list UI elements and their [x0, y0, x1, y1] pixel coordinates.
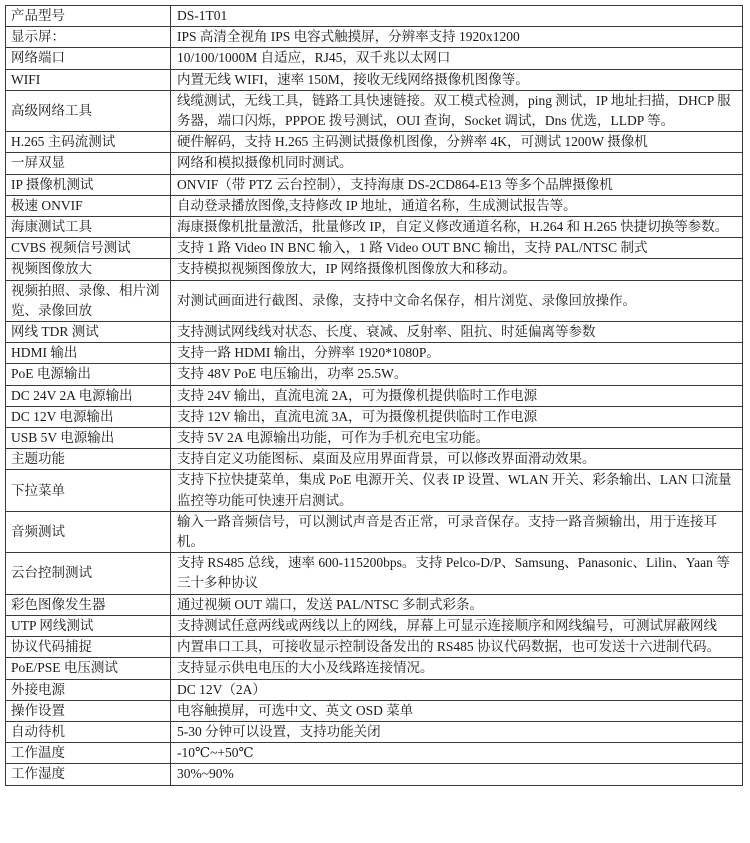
spec-label-cell: 自动待机: [6, 721, 171, 742]
spec-label-cell: 云台控制测试: [6, 553, 171, 594]
spec-value-cell: 支持 24V 输出，直流电流 2A，可为摄像机提供临时工作电源: [171, 385, 743, 406]
spec-label-cell: 一屏双显: [6, 153, 171, 174]
spec-value-cell: 线缆测试，无线工具，链路工具快速链接。双工模式检测，ping 测试，IP 地址扫…: [171, 90, 743, 131]
spec-label-cell: 操作设置: [6, 700, 171, 721]
spec-row: PoE/PSE 电压测试支持显示供电电压的大小及线路连接情况。: [6, 658, 743, 679]
spec-value-cell: 支持下拉快捷菜单，集成 PoE 电源开关、仪表 IP 设置、WLAN 开关、彩条…: [171, 470, 743, 511]
spec-row: 下拉菜单支持下拉快捷菜单，集成 PoE 电源开关、仪表 IP 设置、WLAN 开…: [6, 470, 743, 511]
spec-value-cell: 支持 1 路 Video IN BNC 输入，1 路 Video OUT BNC…: [171, 238, 743, 259]
spec-value-cell: 10/100/1000M 自适应，RJ45，双千兆以太网口: [171, 48, 743, 69]
spec-value-cell: 输入一路音频信号，可以测试声音是否正常，可录音保存。支持一路音频输出，用于连接耳…: [171, 511, 743, 552]
spec-row: 视频图像放大支持模拟视频图像放大，IP 网络摄像机图像放大和移动。: [6, 259, 743, 280]
spec-value-cell: 支持测试任意两线或两线以上的网线，屏幕上可显示连接顺序和网线编号，可测试屏蔽网线: [171, 615, 743, 636]
spec-value-cell: 网络和模拟摄像机同时测试。: [171, 153, 743, 174]
spec-value-cell: ONVIF（带 PTZ 云台控制），支持海康 DS-2CD864-E13 等多个…: [171, 174, 743, 195]
spec-value-cell: 支持 12V 输出，直流电流 3A，可为摄像机提供临时工作电源: [171, 406, 743, 427]
spec-label-cell: 网线 TDR 测试: [6, 322, 171, 343]
spec-value-cell: 30%~90%: [171, 764, 743, 785]
spec-label-cell: 音频测试: [6, 511, 171, 552]
spec-label-cell: HDMI 输出: [6, 343, 171, 364]
spec-label-cell: 工作湿度: [6, 764, 171, 785]
spec-value-cell: 支持自定义功能图标、桌面及应用界面背景，可以修改界面滑动效果。: [171, 449, 743, 470]
spec-value-cell: 支持一路 HDMI 输出，分辨率 1920*1080P。: [171, 343, 743, 364]
spec-row: H.265 主码流测试硬件解码，支持 H.265 主码测试摄像机图像，分辨率 4…: [6, 132, 743, 153]
spec-label-cell: 显示屏：: [6, 27, 171, 48]
spec-row: 极速 ONVIF自动登录播放图像,支持修改 IP 地址，通道名称，生成测试报告等…: [6, 195, 743, 216]
spec-row: HDMI 输出支持一路 HDMI 输出，分辨率 1920*1080P。: [6, 343, 743, 364]
spec-label-cell: 主题功能: [6, 449, 171, 470]
spec-row: WIFI内置无线 WIFI，速率 150M，接收无线网络摄像机图像等。: [6, 69, 743, 90]
spec-label-cell: 工作温度: [6, 743, 171, 764]
spec-label-cell: 产品型号: [6, 6, 171, 27]
spec-label-cell: 网络端口: [6, 48, 171, 69]
spec-row: 主题功能支持自定义功能图标、桌面及应用界面背景，可以修改界面滑动效果。: [6, 449, 743, 470]
spec-value-cell: 内置串口工具，可接收显示控制设备发出的 RS485 协议代码数据，也可发送十六进…: [171, 637, 743, 658]
spec-row: 显示屏：IPS 高清全视角 IPS 电容式触摸屏，分辨率支持 1920x1200: [6, 27, 743, 48]
spec-row: 音频测试输入一路音频信号，可以测试声音是否正常，可录音保存。支持一路音频输出，用…: [6, 511, 743, 552]
spec-value-cell: 海康摄像机批量激活，批量修改 IP，自定义修改通道名称，H.264 和 H.26…: [171, 217, 743, 238]
spec-row: USB 5V 电源输出支持 5V 2A 电源输出功能，可作为手机充电宝功能。: [6, 428, 743, 449]
spec-value-cell: 5-30 分钟可以设置，支持功能关闭: [171, 721, 743, 742]
spec-row: 产品型号DS-1T01: [6, 6, 743, 27]
spec-label-cell: CVBS 视频信号测试: [6, 238, 171, 259]
spec-row: 网络端口10/100/1000M 自适应，RJ45，双千兆以太网口: [6, 48, 743, 69]
spec-row: 视频拍照、录像、相片浏览、录像回放对测试画面进行截图、录像，支持中文命名保存，相…: [6, 280, 743, 321]
spec-label-cell: H.265 主码流测试: [6, 132, 171, 153]
spec-row: UTP 网线测试支持测试任意两线或两线以上的网线，屏幕上可显示连接顺序和网线编号…: [6, 615, 743, 636]
spec-row: PoE 电源输出支持 48V PoE 电压输出，功率 25.5W。: [6, 364, 743, 385]
spec-value-cell: -10℃~+50℃: [171, 743, 743, 764]
spec-row: 海康测试工具海康摄像机批量激活，批量修改 IP，自定义修改通道名称，H.264 …: [6, 217, 743, 238]
spec-label-cell: DC 12V 电源输出: [6, 406, 171, 427]
spec-value-cell: 电容触摸屏，可选中文、英文 OSD 菜单: [171, 700, 743, 721]
spec-value-cell: 通过视频 OUT 端口，发送 PAL/NTSC 多制式彩条。: [171, 594, 743, 615]
spec-value-cell: 内置无线 WIFI，速率 150M，接收无线网络摄像机图像等。: [171, 69, 743, 90]
spec-value-cell: 支持模拟视频图像放大，IP 网络摄像机图像放大和移动。: [171, 259, 743, 280]
spec-value-cell: 支持 48V PoE 电压输出，功率 25.5W。: [171, 364, 743, 385]
spec-label-cell: 下拉菜单: [6, 470, 171, 511]
spec-row: DC 12V 电源输出支持 12V 输出，直流电流 3A，可为摄像机提供临时工作…: [6, 406, 743, 427]
spec-row: 云台控制测试支持 RS485 总线，速率 600-115200bps。支持 Pe…: [6, 553, 743, 594]
spec-value-cell: 对测试画面进行截图、录像，支持中文命名保存，相片浏览、录像回放操作。: [171, 280, 743, 321]
spec-row: CVBS 视频信号测试支持 1 路 Video IN BNC 输入，1 路 Vi…: [6, 238, 743, 259]
spec-value-cell: 支持 RS485 总线，速率 600-115200bps。支持 Pelco-D/…: [171, 553, 743, 594]
spec-value-cell: IPS 高清全视角 IPS 电容式触摸屏，分辨率支持 1920x1200: [171, 27, 743, 48]
spec-value-cell: DC 12V（2A）: [171, 679, 743, 700]
spec-label-cell: USB 5V 电源输出: [6, 428, 171, 449]
spec-value-cell: 支持 5V 2A 电源输出功能，可作为手机充电宝功能。: [171, 428, 743, 449]
spec-value-cell: 支持测试网线线对状态、长度、衰减、反射率、阻抗、时延偏离等参数: [171, 322, 743, 343]
spec-label-cell: 视频图像放大: [6, 259, 171, 280]
spec-label-cell: 彩色图像发生器: [6, 594, 171, 615]
spec-row: DC 24V 2A 电源输出支持 24V 输出，直流电流 2A，可为摄像机提供临…: [6, 385, 743, 406]
spec-label-cell: IP 摄像机测试: [6, 174, 171, 195]
spec-row: 协议代码捕捉内置串口工具，可接收显示控制设备发出的 RS485 协议代码数据，也…: [6, 637, 743, 658]
spec-label-cell: PoE/PSE 电压测试: [6, 658, 171, 679]
spec-label-cell: DC 24V 2A 电源输出: [6, 385, 171, 406]
spec-row: 彩色图像发生器通过视频 OUT 端口，发送 PAL/NTSC 多制式彩条。: [6, 594, 743, 615]
spec-value-cell: 硬件解码，支持 H.265 主码测试摄像机图像，分辨率 4K，可测试 1200W…: [171, 132, 743, 153]
spec-label-cell: 视频拍照、录像、相片浏览、录像回放: [6, 280, 171, 321]
spec-row: 网线 TDR 测试支持测试网线线对状态、长度、衰减、反射率、阻抗、时延偏离等参数: [6, 322, 743, 343]
spec-row: 自动待机5-30 分钟可以设置，支持功能关闭: [6, 721, 743, 742]
spec-label-cell: 高级网络工具: [6, 90, 171, 131]
spec-row: IP 摄像机测试ONVIF（带 PTZ 云台控制），支持海康 DS-2CD864…: [6, 174, 743, 195]
spec-row: 工作湿度30%~90%: [6, 764, 743, 785]
spec-row: 一屏双显网络和模拟摄像机同时测试。: [6, 153, 743, 174]
spec-label-cell: 极速 ONVIF: [6, 195, 171, 216]
spec-label-cell: 协议代码捕捉: [6, 637, 171, 658]
spec-label-cell: 外接电源: [6, 679, 171, 700]
spec-row: 操作设置电容触摸屏，可选中文、英文 OSD 菜单: [6, 700, 743, 721]
spec-value-cell: 自动登录播放图像,支持修改 IP 地址，通道名称，生成测试报告等。: [171, 195, 743, 216]
spec-label-cell: PoE 电源输出: [6, 364, 171, 385]
spec-row: 外接电源DC 12V（2A）: [6, 679, 743, 700]
spec-table: 产品型号DS-1T01显示屏：IPS 高清全视角 IPS 电容式触摸屏，分辨率支…: [5, 5, 743, 786]
spec-label-cell: 海康测试工具: [6, 217, 171, 238]
spec-label-cell: WIFI: [6, 69, 171, 90]
spec-value-cell: 支持显示供电电压的大小及线路连接情况。: [171, 658, 743, 679]
spec-value-cell: DS-1T01: [171, 6, 743, 27]
spec-row: 工作温度-10℃~+50℃: [6, 743, 743, 764]
spec-table-body: 产品型号DS-1T01显示屏：IPS 高清全视角 IPS 电容式触摸屏，分辨率支…: [6, 6, 743, 786]
spec-row: 高级网络工具线缆测试，无线工具，链路工具快速链接。双工模式检测，ping 测试，…: [6, 90, 743, 131]
spec-label-cell: UTP 网线测试: [6, 615, 171, 636]
